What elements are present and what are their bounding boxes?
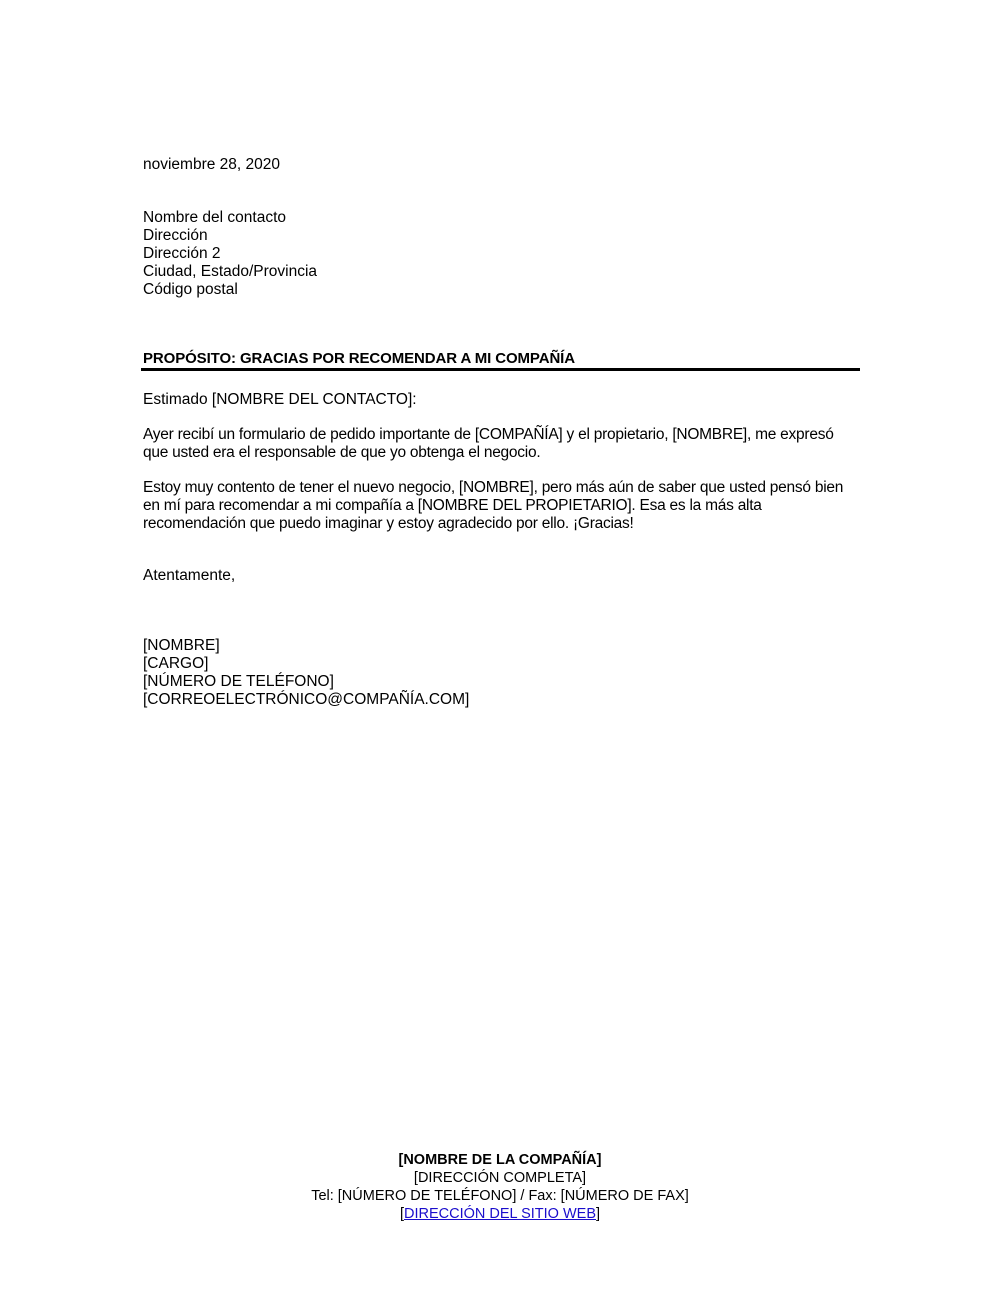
letter-salutation: Estimado [NOMBRE DEL CONTACTO]: bbox=[143, 391, 417, 409]
footer-company-name: [NOMBRE DE LA COMPAÑÍA] bbox=[0, 1151, 1000, 1169]
signature-title: [CARGO] bbox=[143, 655, 469, 673]
recipient-city-state: Ciudad, Estado/Provincia bbox=[143, 263, 317, 281]
footer-contact: Tel: [NÚMERO DE TELÉFONO] / Fax: [NÚMERO… bbox=[0, 1187, 1000, 1205]
body-paragraph-2: Estoy muy contento de tener el nuevo neg… bbox=[143, 479, 859, 533]
signature-phone: [NÚMERO DE TELÉFONO] bbox=[143, 673, 469, 691]
signature-email: [CORREOELECTRÓNICO@COMPAÑÍA.COM] bbox=[143, 691, 469, 709]
bracket-close: ] bbox=[596, 1206, 600, 1222]
letter-page: noviembre 28, 2020 Nombre del contacto D… bbox=[0, 0, 1000, 1290]
signature-name: [NOMBRE] bbox=[143, 637, 469, 655]
recipient-address-line-1: Dirección bbox=[143, 227, 317, 245]
letterhead-footer: [NOMBRE DE LA COMPAÑÍA] [DIRECCIÓN COMPL… bbox=[0, 1151, 1000, 1223]
signature-block: [NOMBRE] [CARGO] [NÚMERO DE TELÉFONO] [C… bbox=[143, 637, 469, 709]
recipient-postal-code: Código postal bbox=[143, 281, 317, 299]
footer-address: [DIRECCIÓN COMPLETA] bbox=[0, 1169, 1000, 1187]
letter-closing: Atentamente, bbox=[143, 567, 235, 585]
recipient-name: Nombre del contacto bbox=[143, 209, 317, 227]
subject-divider bbox=[141, 368, 860, 371]
letter-subject: PROPÓSITO: GRACIAS POR RECOMENDAR A MI C… bbox=[143, 350, 575, 367]
body-paragraph-1: Ayer recibí un formulario de pedido impo… bbox=[143, 426, 859, 462]
recipient-address-line-2: Dirección 2 bbox=[143, 245, 317, 263]
footer-website: [DIRECCIÓN DEL SITIO WEB] bbox=[0, 1205, 1000, 1223]
letter-date: noviembre 28, 2020 bbox=[143, 156, 280, 174]
recipient-address: Nombre del contacto Dirección Dirección … bbox=[143, 209, 317, 299]
website-link[interactable]: DIRECCIÓN DEL SITIO WEB bbox=[404, 1206, 596, 1222]
